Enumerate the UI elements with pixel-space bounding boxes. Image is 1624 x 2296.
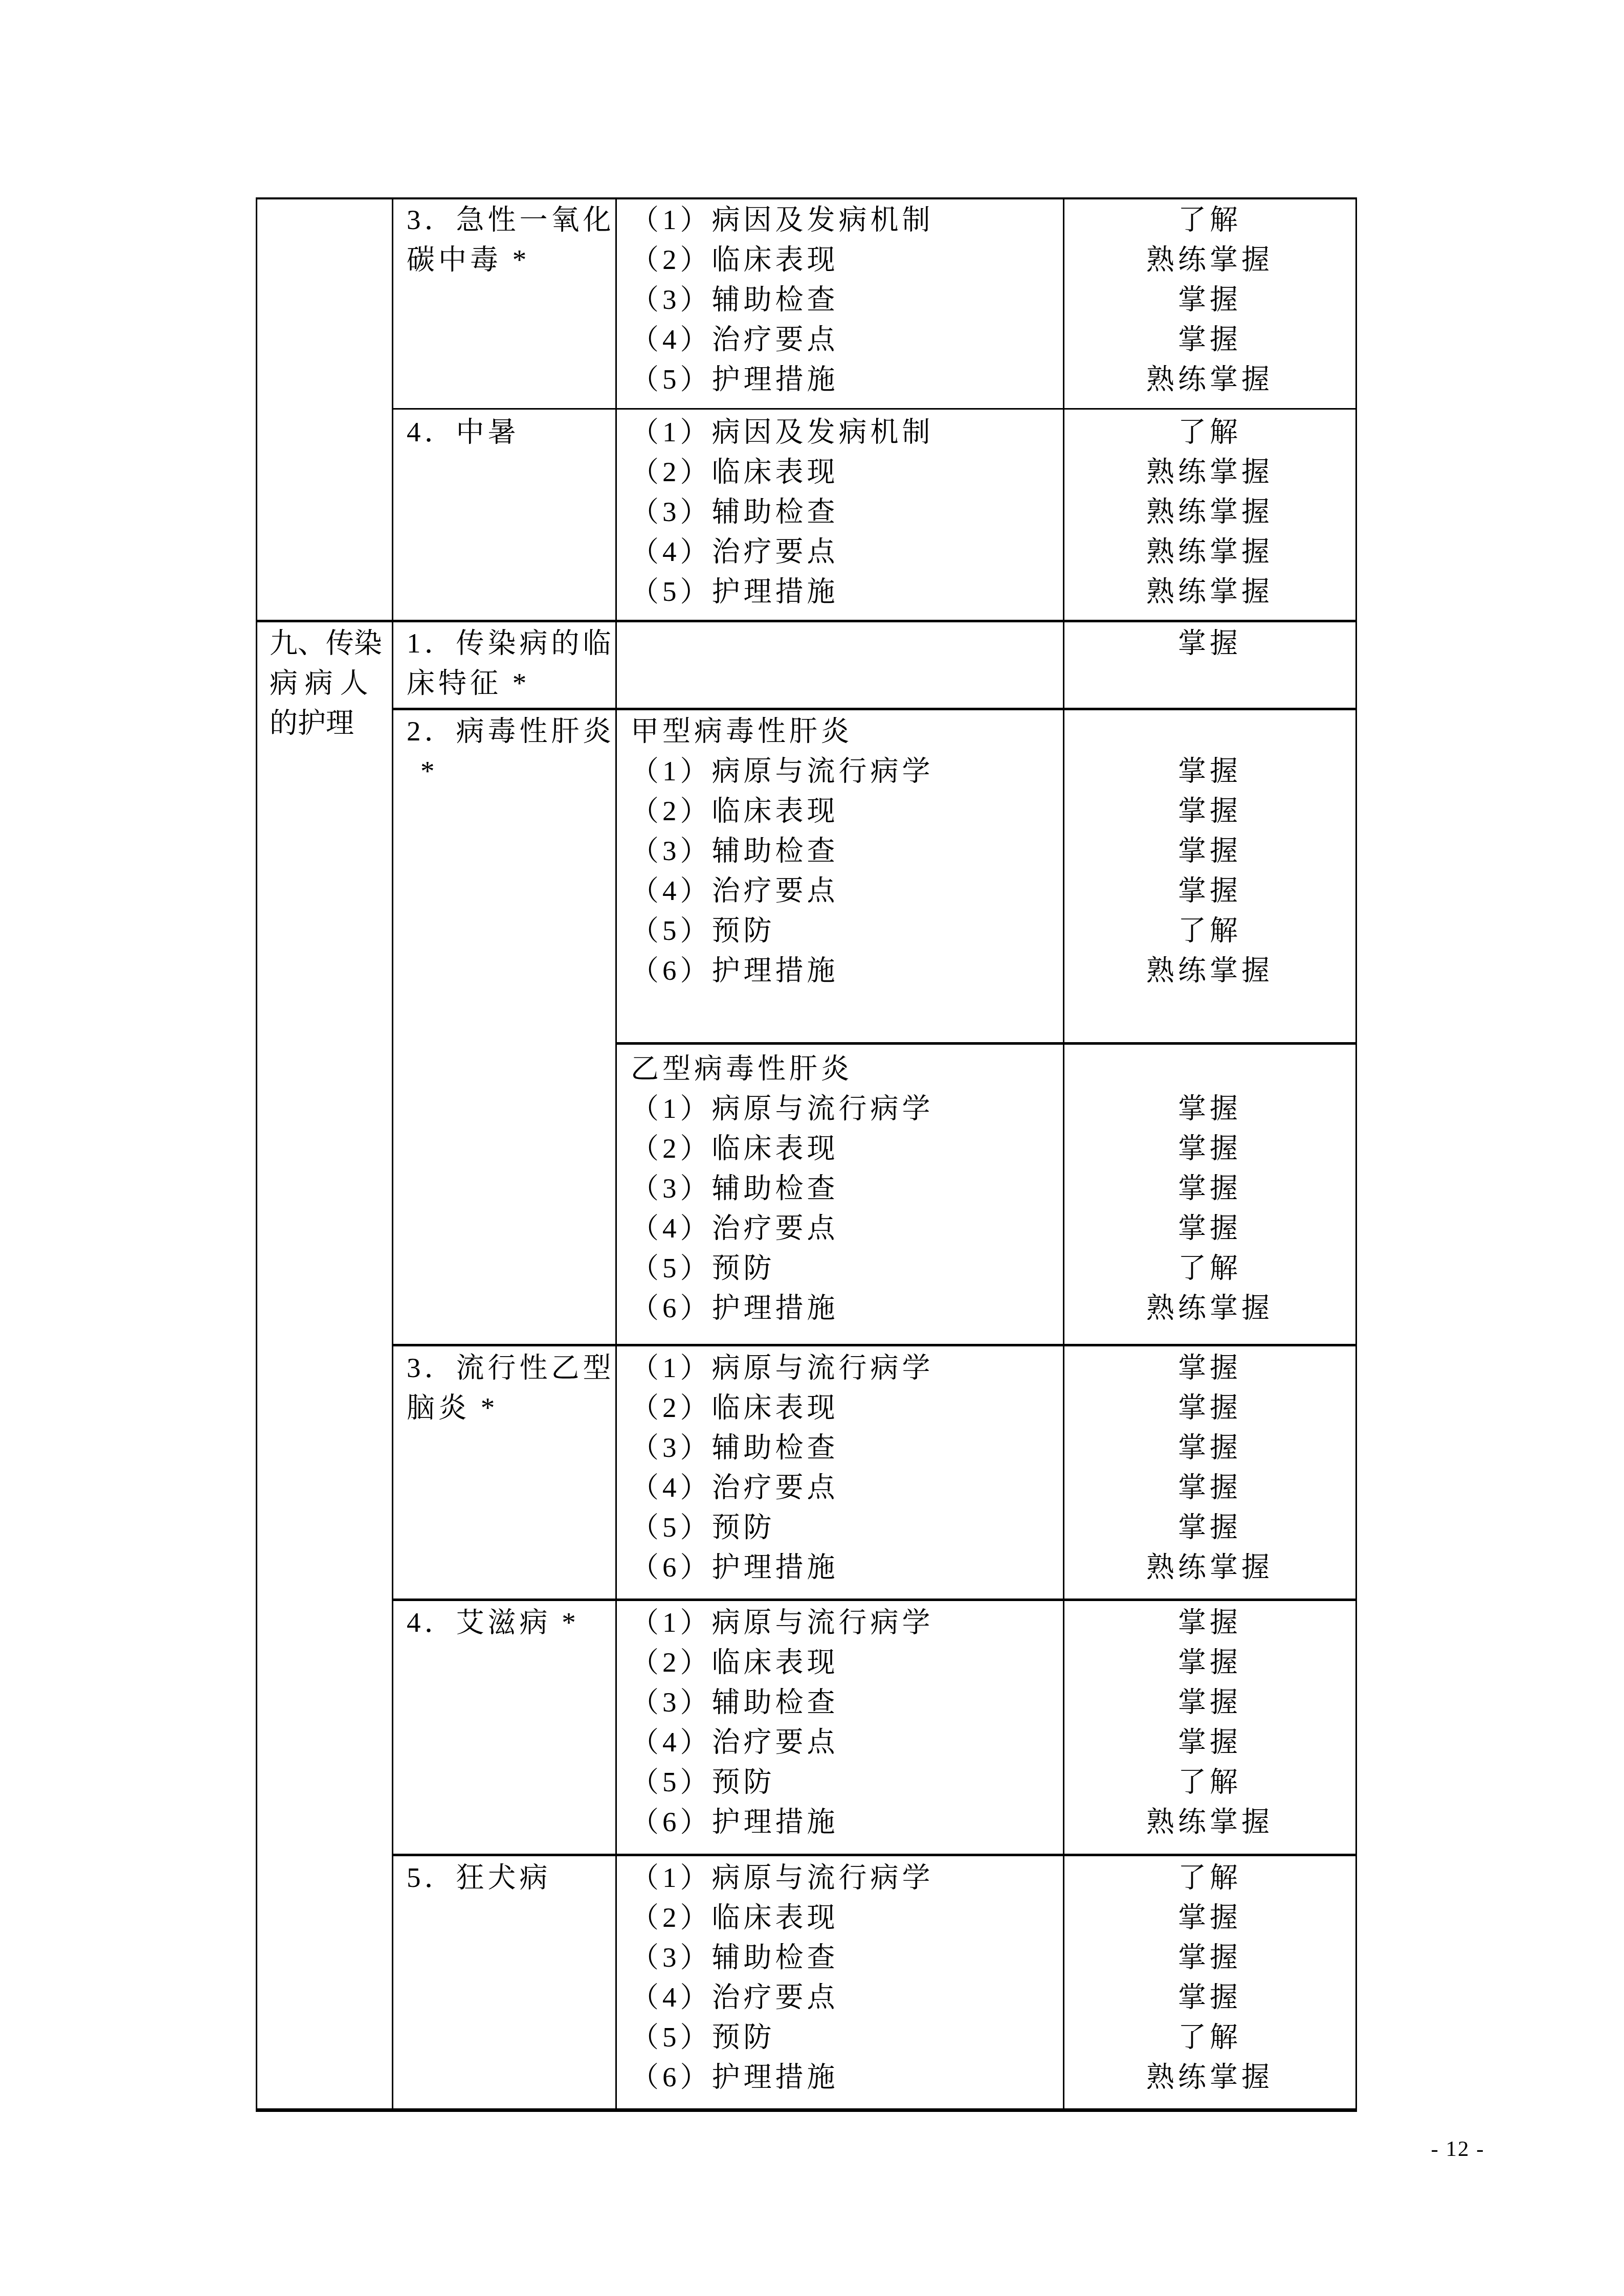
detail-subheader: 甲型病毒性肝炎 (631, 711, 1060, 751)
detail-item: （1）病原与流行病学 (631, 1089, 1060, 1129)
detail-item: （4）治疗要点 (631, 532, 1060, 572)
level-cell: 掌握 (1064, 1208, 1355, 1248)
section-label-line: 的护理 (270, 703, 383, 743)
detail-item: （2）临床表现 (631, 1898, 1060, 1938)
level-cell: 熟练掌握 (1064, 1547, 1355, 1587)
table-row-border (392, 408, 1357, 410)
topic-cell-line: 5．狂犬病 (407, 1858, 612, 1898)
detail-item: （5）护理措施 (631, 572, 1060, 612)
detail-item: （6）护理措施 (631, 1802, 1060, 1842)
level-cell: 熟练掌握 (1064, 951, 1355, 991)
level-cell: 掌握 (1064, 1603, 1355, 1642)
level-cell: 掌握 (1064, 1898, 1355, 1938)
detail-item: （2）临床表现 (631, 1642, 1060, 1682)
detail-subheader: 乙型病毒性肝炎 (631, 1049, 1060, 1089)
section-label: 九、传染 病 病 人 的护理 (270, 623, 383, 743)
level-cell: 掌握 (1064, 1507, 1355, 1547)
level-cell: 熟练掌握 (1064, 572, 1355, 612)
table-row-border (392, 708, 1357, 710)
topic-cell-line: 床特征 * (407, 663, 612, 703)
detail-item: （5）预防 (631, 1248, 1060, 1288)
section-label-line: 九、传染 (270, 623, 383, 663)
level-cell: 熟练掌握 (1064, 492, 1355, 532)
detail-item: （1）病原与流行病学 (631, 1348, 1060, 1388)
level-cell: 掌握 (1064, 1938, 1355, 1977)
detail-item: （5）预防 (631, 1507, 1060, 1547)
document-page: 九、传染 病 病 人 的护理 3．急性一氧化碳中毒 *（1）病因及发病机制了解（… (0, 0, 1624, 2296)
detail-item: （5）护理措施 (631, 359, 1060, 399)
detail-item: （3）辅助检查 (631, 1168, 1060, 1208)
detail-item: （1）病因及发病机制 (631, 200, 1060, 240)
detail-item: （1）病原与流行病学 (631, 751, 1060, 791)
detail-item: （4）治疗要点 (631, 1208, 1060, 1248)
section-label-line: 病 病 人 (270, 663, 383, 703)
level-cell: 熟练掌握 (1064, 532, 1355, 572)
detail-item: （5）预防 (631, 2017, 1060, 2057)
level-cell: 掌握 (1064, 1089, 1355, 1129)
detail-item: （4）治疗要点 (631, 871, 1060, 911)
table-border-bottom (256, 2108, 1357, 2112)
detail-item: （4）治疗要点 (631, 320, 1060, 359)
topic-cell-line: 3．流行性乙型 (407, 1348, 612, 1388)
topic-cell-line: 脑炎 * (407, 1388, 612, 1428)
detail-item: （3）辅助检查 (631, 1682, 1060, 1722)
syllabus-table: 九、传染 病 病 人 的护理 3．急性一氧化碳中毒 *（1）病因及发病机制了解（… (256, 197, 1357, 2112)
level-cell: 了解 (1064, 2017, 1355, 2057)
level-cell: 掌握 (1064, 791, 1355, 831)
table-row-border (392, 1344, 1357, 1346)
detail-item: （6）护理措施 (631, 1547, 1060, 1587)
detail-item: （6）护理措施 (631, 2057, 1060, 2097)
level-cell: 掌握 (1064, 1428, 1355, 1468)
level-cell: 掌握 (1064, 280, 1355, 320)
detail-item: （6）护理措施 (631, 1288, 1060, 1328)
topic-cell-line: 2．病毒性肝炎 (407, 711, 612, 751)
level-cell: 掌握 (1064, 751, 1355, 791)
level-cell: 掌握 (1064, 1682, 1355, 1722)
level-cell: 熟练掌握 (1064, 2057, 1355, 2097)
detail-item: （2）临床表现 (631, 1388, 1060, 1428)
detail-item: （3）辅助检查 (631, 1938, 1060, 1977)
level-cell: 熟练掌握 (1064, 359, 1355, 399)
detail-item: （1）病因及发病机制 (631, 412, 1060, 452)
level-cell: 了解 (1064, 412, 1355, 452)
table-border-vertical (1355, 197, 1357, 2112)
detail-item: （5）预防 (631, 1762, 1060, 1802)
table-row-border (392, 1599, 1357, 1601)
table-border-vertical (392, 197, 393, 2112)
topic-cell-line: 4．艾滋病 * (407, 1603, 612, 1642)
level-cell: 掌握 (1064, 1348, 1355, 1388)
topic-cell-line: 3．急性一氧化 (407, 200, 612, 240)
table-border-vertical (256, 197, 257, 2112)
detail-item: （2）临床表现 (631, 1129, 1060, 1168)
detail-item: （2）临床表现 (631, 791, 1060, 831)
detail-item: （2）临床表现 (631, 452, 1060, 492)
level-cell: 掌握 (1064, 1468, 1355, 1507)
table-border-vertical (615, 197, 617, 2112)
level-cell: 掌握 (1064, 1642, 1355, 1682)
level-cell: 熟练掌握 (1064, 1288, 1355, 1328)
detail-item: （1）病原与流行病学 (631, 1858, 1060, 1898)
level-cell: 熟练掌握 (1064, 1802, 1355, 1842)
topic-cell-line: 碳中毒 * (407, 240, 612, 280)
level-cell: 掌握 (1064, 320, 1355, 359)
detail-item: （2）临床表现 (631, 240, 1060, 280)
level-cell: 掌握 (1064, 1388, 1355, 1428)
topic-cell-line: 4．中暑 (407, 412, 612, 452)
detail-item: （3）辅助检查 (631, 1428, 1060, 1468)
level-cell: 掌握 (1064, 1722, 1355, 1762)
detail-item: （6）护理措施 (631, 951, 1060, 991)
table-row-border (392, 1854, 1357, 1856)
level-cell: 了解 (1064, 911, 1355, 951)
detail-item: （4）治疗要点 (631, 1977, 1060, 2017)
level-cell: 掌握 (1064, 1129, 1355, 1168)
level-cell: 了解 (1064, 1762, 1355, 1802)
detail-item: （3）辅助检查 (631, 492, 1060, 532)
level-cell: 掌握 (1064, 1977, 1355, 2017)
level-cell: 掌握 (1064, 623, 1355, 663)
table-row-divider (615, 1042, 1357, 1045)
level-cell: 了解 (1064, 1858, 1355, 1898)
level-cell: 熟练掌握 (1064, 240, 1355, 280)
detail-item: （5）预防 (631, 911, 1060, 951)
level-cell: 了解 (1064, 200, 1355, 240)
topic-cell-line: 1．传染病的临 (407, 623, 612, 663)
detail-item: （4）治疗要点 (631, 1722, 1060, 1762)
level-cell: 掌握 (1064, 831, 1355, 871)
level-cell: 了解 (1064, 1248, 1355, 1288)
detail-item: （3）辅助检查 (631, 280, 1060, 320)
topic-cell-line: * (407, 751, 626, 791)
level-cell: 熟练掌握 (1064, 452, 1355, 492)
table-border-top (256, 197, 1357, 199)
detail-item: （3）辅助检查 (631, 831, 1060, 871)
detail-item: （1）病原与流行病学 (631, 1603, 1060, 1642)
table-row-border (256, 620, 1357, 622)
level-cell: 掌握 (1064, 871, 1355, 911)
detail-item: （4）治疗要点 (631, 1468, 1060, 1507)
level-cell: 掌握 (1064, 1168, 1355, 1208)
page-number: - 12 - (1355, 2131, 1560, 2167)
